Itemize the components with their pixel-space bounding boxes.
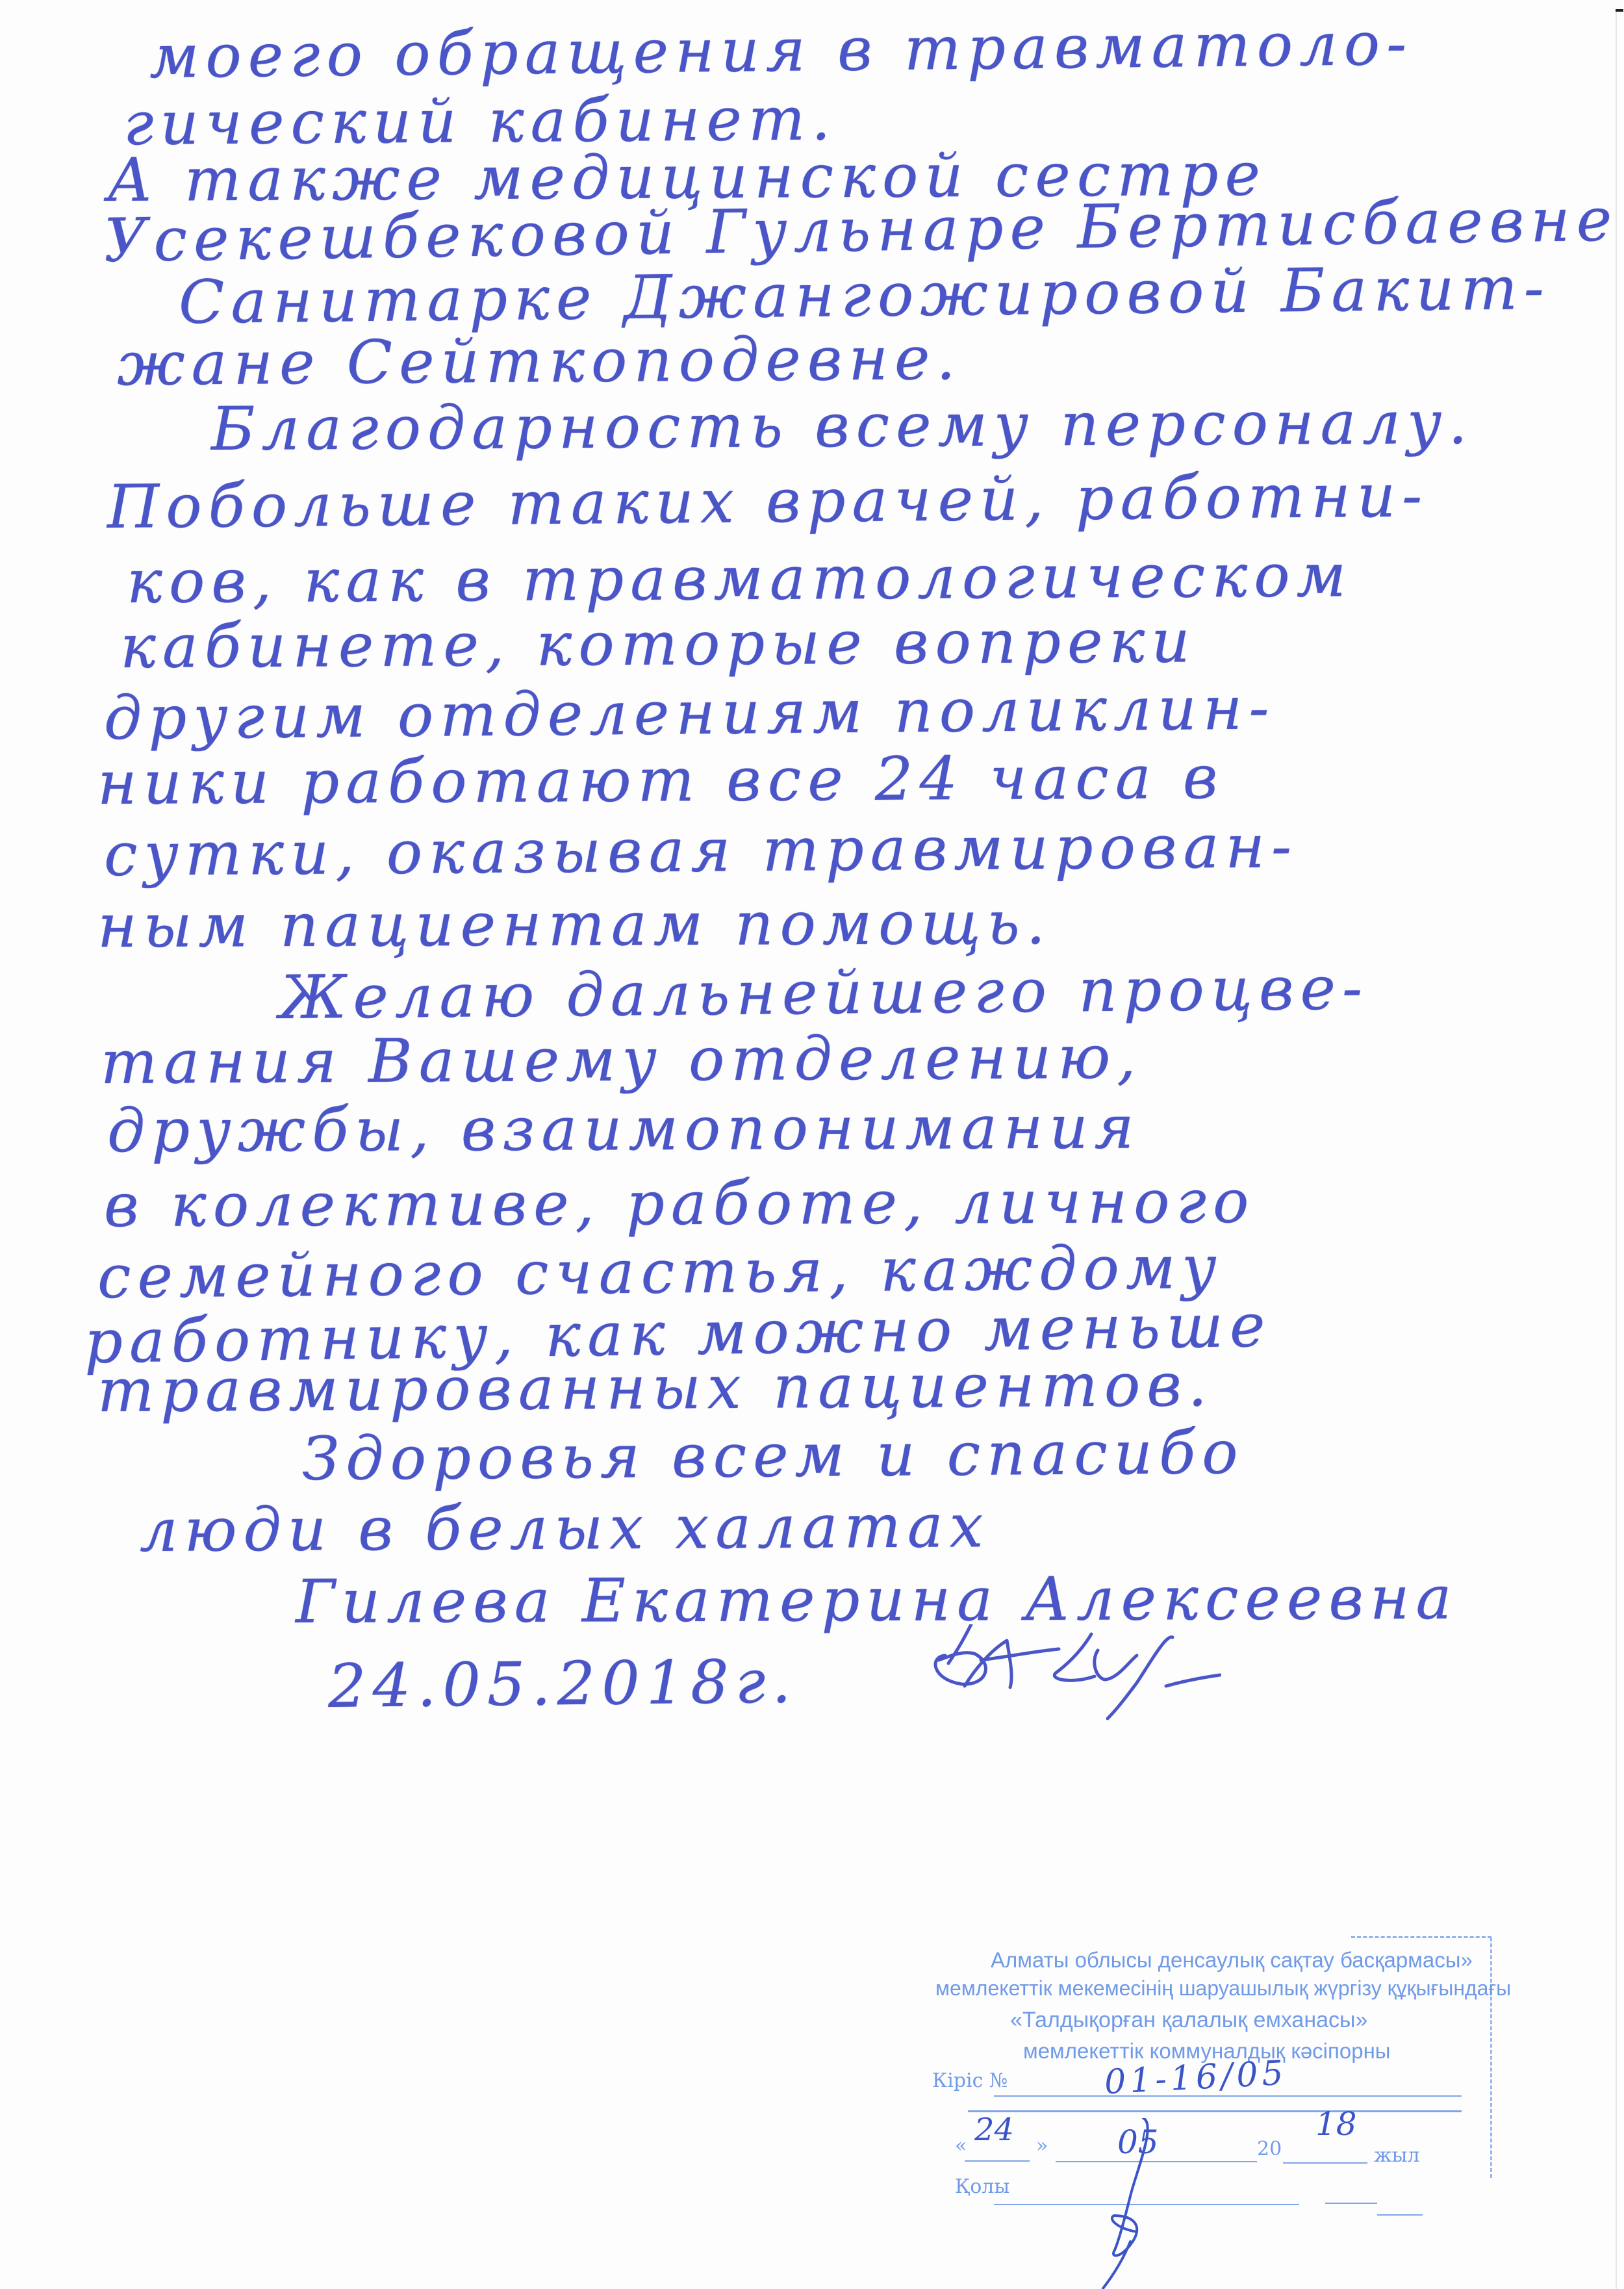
stamp-year-suffix: жыл	[1374, 2144, 1420, 2167]
stamp-signature-rule-end	[1325, 2203, 1377, 2204]
stamp-header-line: «Талдықорған қалалық емханасы»	[1010, 2009, 1367, 2031]
handwritten-line: Здоровья всем и спасибо	[302, 1423, 1245, 1489]
stamp-border-top	[1351, 1936, 1491, 1938]
handwritten-line: другим отделениям поликлин-	[104, 678, 1276, 748]
stamp-signature-label: Қолы	[955, 2175, 1009, 2198]
stamp-date-open-quote: «	[955, 2134, 967, 2157]
stamp-incoming-number-underline	[968, 2110, 1462, 2112]
handwritten-line: дружбы, взаимопонимания	[107, 1097, 1141, 1161]
handwritten-line: Благодарность всему персоналу.	[211, 393, 1474, 459]
stamp-year-rule	[1283, 2162, 1367, 2164]
stamp-header-line: мемлекеттік мекемесінің шаруашылық жүргі…	[935, 1978, 1511, 1999]
handwritten-line: в колективе, работе, личного	[104, 1172, 1256, 1236]
handwritten-line: ники работают все 24 часа в	[97, 748, 1224, 813]
stamp-signature-rule-tail	[1377, 2214, 1423, 2216]
author-signature-icon	[909, 1624, 1221, 1735]
handwritten-line: тания Вашему отделению,	[101, 1028, 1143, 1093]
stamp-date-close-quote: »	[1036, 2134, 1048, 2157]
handwritten-line: кабинете, которые вопреки	[120, 611, 1197, 677]
stamp-date-day: 24	[974, 2112, 1014, 2148]
scan-corner-mark	[1616, 9, 1623, 12]
stamp-header-line: Алматы облысы денсаулық сақтау басқармас…	[991, 1949, 1473, 1971]
handwritten-line: Желаю дальнейшего процве-	[279, 958, 1369, 1028]
stamp-year-prefix: 20	[1257, 2138, 1282, 2160]
handwritten-line: жане Сейткоподевне.	[117, 329, 962, 394]
handwritten-line: Побольше таких врачей, работни-	[107, 466, 1429, 537]
handwritten-line: сутки, оказывая травмирован-	[104, 817, 1299, 885]
stamp-date-day-rule	[965, 2160, 1030, 2162]
stamp-receiver-signature-icon	[1098, 2118, 1176, 2289]
stamp-incoming-number-label: Кіріс №	[932, 2069, 1008, 2092]
stamp-border-right	[1490, 1937, 1492, 2178]
scanned-letter-page: моего обращения в травматоло-гический ка…	[0, 0, 1624, 2289]
page-edge-line	[1616, 9, 1617, 2289]
handwritten-line: люди в белых халатах	[140, 1496, 990, 1561]
handwritten-line: моего обращения в травматоло-	[149, 14, 1414, 87]
handwritten-line: ным пациентам помощь.	[97, 893, 1052, 956]
handwritten-line: 24.05.2018г.	[328, 1652, 798, 1717]
handwritten-line: ков, как в травматологическом	[127, 546, 1352, 612]
stamp-year-value: 18	[1315, 2105, 1357, 2143]
handwritten-line: травмированных пациентов.	[97, 1355, 1213, 1421]
handwritten-line: Гилева Екатерина Алексеевна	[296, 1568, 1458, 1632]
handwritten-line: Санитарке Джангожировой Бакит-	[179, 259, 1551, 333]
